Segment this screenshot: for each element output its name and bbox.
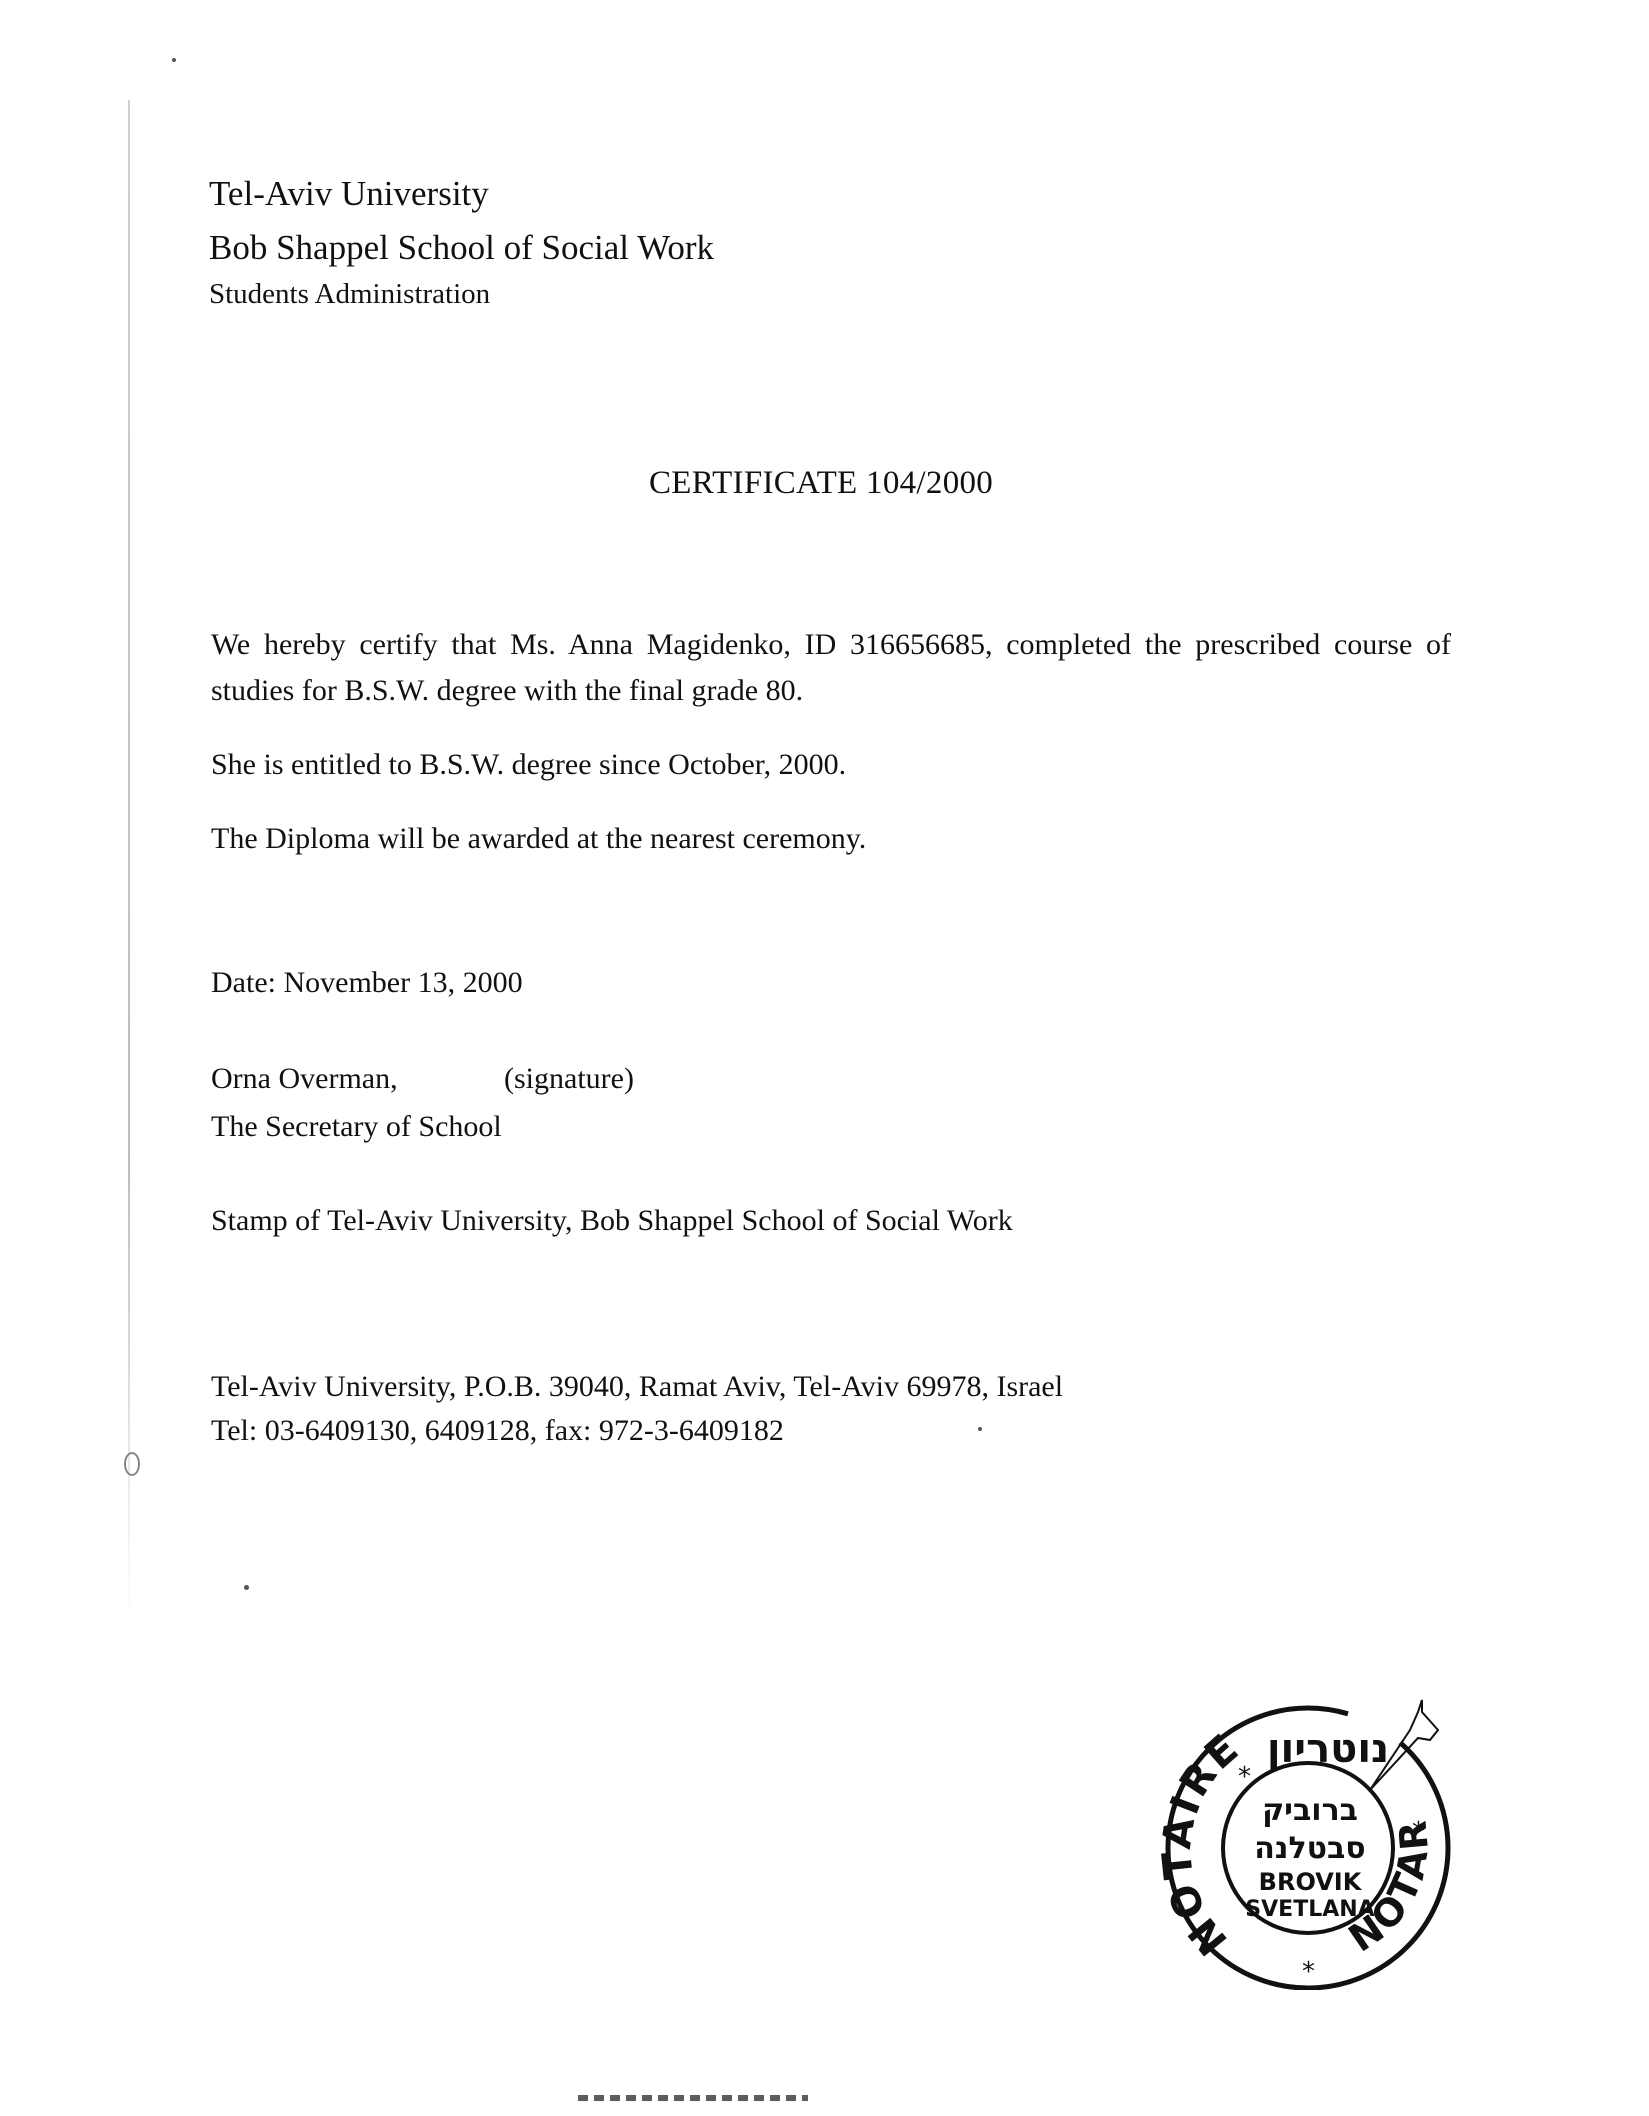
school-name: Bob Shappel School of Social Work <box>209 228 714 268</box>
svg-text:סבטלנה: סבטלנה <box>1254 1831 1365 1866</box>
svg-text:NOTAIRE: NOTAIRE <box>1160 1724 1249 1963</box>
scan-artifact <box>124 1452 140 1476</box>
scan-speck <box>172 58 176 62</box>
svg-text:*: * <box>1238 1762 1251 1792</box>
svg-text:נוטריון: נוטריון <box>1267 1726 1389 1772</box>
signer-title: The Secretary of School <box>211 1110 502 1144</box>
issue-date: Date: November 13, 2000 <box>211 966 523 1000</box>
signature-note: (signature) <box>504 1062 634 1096</box>
svg-text:*: * <box>1412 1817 1425 1847</box>
footer-address: Tel-Aviv University, P.O.B. 39040, Ramat… <box>211 1370 1063 1404</box>
scan-artifact-bottom <box>578 2095 808 2101</box>
svg-text:*: * <box>1302 1957 1315 1987</box>
stamp-note: Stamp of Tel-Aviv University, Bob Shappe… <box>211 1204 1013 1238</box>
university-name: Tel-Aviv University <box>209 174 489 214</box>
entitlement-paragraph: She is entitled to B.S.W. degree since O… <box>211 748 846 782</box>
svg-text:BROVIK: BROVIK <box>1259 1868 1363 1896</box>
footer-contacts: Tel: 03-6409130, 6409128, fax: 972-3-640… <box>211 1414 784 1448</box>
signer-name: Orna Overman, <box>211 1062 398 1096</box>
svg-text:ברוביק: ברוביק <box>1262 1793 1358 1828</box>
certificate-title: CERTIFICATE 104/2000 <box>649 465 993 502</box>
svg-text:SVETLANA: SVETLANA <box>1245 1897 1374 1922</box>
scan-speck <box>978 1427 982 1431</box>
notary-seal-icon: NOTAIRE NOTARY נוטריון * * * ברוביק סבטל… <box>1160 1690 1460 1990</box>
scan-edge-line <box>128 100 130 1620</box>
scan-speck <box>244 1585 249 1590</box>
certification-paragraph: We hereby certify that Ms. Anna Magidenk… <box>211 622 1451 714</box>
notary-stamp: NOTAIRE NOTARY נוטריון * * * ברוביק סבטל… <box>1160 1690 1460 1990</box>
department-name: Students Administration <box>209 278 490 311</box>
diploma-paragraph: The Diploma will be awarded at the neare… <box>211 822 866 856</box>
